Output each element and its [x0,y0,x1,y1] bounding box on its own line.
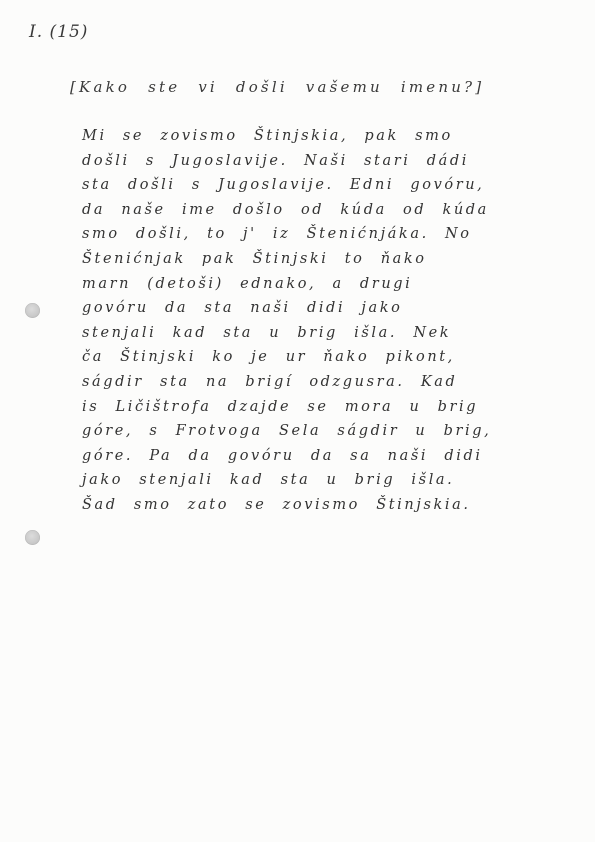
text-line: góre, s Frotvoga Sela ságdir u brig, [82,419,552,444]
text-line: smo došli, to j' iz Štenićnjáka. No [82,222,552,247]
text-line: Štenićnjak pak Štinjski to ňako [82,247,552,272]
text-line: góre. Pa da govóru da sa naši didi [82,444,552,469]
text-line: ságdir sta na brigí odzgusra. Kad [82,370,552,395]
handwritten-answer: Mi se zovismo Štinjskia, pak smo došli s… [82,124,552,518]
page-number: I. (15) [29,22,88,42]
handwritten-page: I. (15) [Kako ste vi došli vašemu imenu?… [0,0,595,842]
text-line: marn (detoši) ednako, a drugi [82,272,552,297]
text-line: stenjali kad sta u brig išla. Nek [82,321,552,346]
punch-hole-icon [25,303,40,318]
text-line: is Ličištrofa dzajde se mora u brig [82,395,552,420]
text-line: došli s Jugoslavije. Naši stari dádi [82,149,552,174]
text-line: Šad smo zato se zovismo Štinjskia. [82,493,552,518]
text-line: sta došli s Jugoslavije. Edni govóru, [82,173,552,198]
text-line: Mi se zovismo Štinjskia, pak smo [82,124,552,149]
text-line: jako stenjali kad sta u brig išla. [82,468,552,493]
text-line: da naše ime došlo od kúda od kúda [82,198,552,223]
interview-question: [Kako ste vi došli vašemu imenu?] [70,78,484,96]
text-line: govóru da sta naši didi jako [82,296,552,321]
punch-hole-icon [25,530,40,545]
text-line: ča Štinjski ko je ur ňako pikont, [82,345,552,370]
